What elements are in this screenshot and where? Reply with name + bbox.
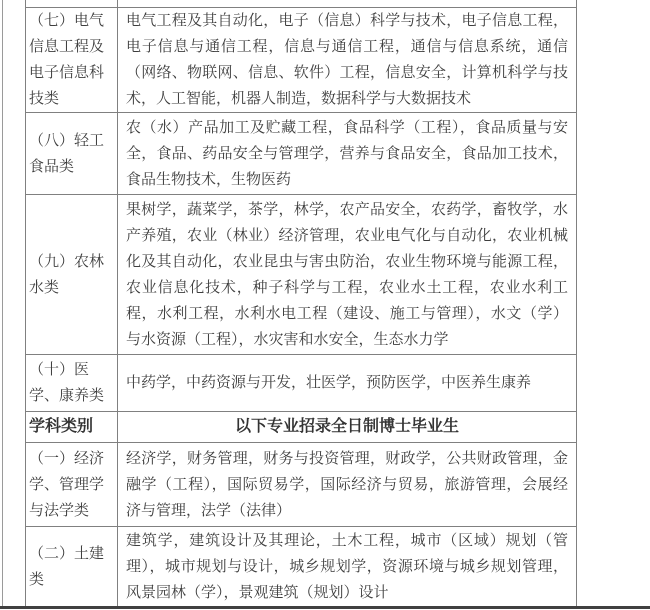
table-row-category-2: （二）土建类 建筑学，建筑设计及其理论，土木工程，城市（区域）规划（管理），城市… xyxy=(26,527,576,607)
majors-cell: 经济学，财务管理，财务与投资管理，财政学，公共财政管理，金融学（工程），国际贸易… xyxy=(118,443,576,526)
majors-cell: 建筑学，建筑设计及其理论，土木工程，城市（区域）规划（管理），城市规划与设计，城… xyxy=(118,527,576,606)
majors-cell: 电气工程及其自动化，电子（信息）科学与技术，电子信息工程，电子信息与通信工程，信… xyxy=(118,8,576,112)
majors-table: （七）电气信息工程及电子信息科技类 电气工程及其自动化，电子（信息）科学与技术，… xyxy=(25,0,577,607)
majors-list: 建筑学，建筑设计及其理论，土木工程，城市（区域）规划（管理），城市规划与设计，城… xyxy=(126,528,568,606)
category-label: （二）土建类 xyxy=(29,541,115,593)
category-cell: （九）农林水类 xyxy=(26,195,118,354)
category-label: （八）轻工食品类 xyxy=(29,128,115,180)
document-page: （七）电气信息工程及电子信息科技类 电气工程及其自动化，电子（信息）科学与技术，… xyxy=(0,0,650,610)
category-label: （九）农林水类 xyxy=(29,249,115,301)
category-cell xyxy=(26,0,118,7)
table-row-category-1: （一）经济学、管理学与法学类 经济学，财务管理，财务与投资管理，财政学，公共财政… xyxy=(26,443,576,527)
category-cell: （一）经济学、管理学与法学类 xyxy=(26,443,118,526)
table-row-partial-top xyxy=(26,0,576,8)
category-label: （一）经济学、管理学与法学类 xyxy=(29,446,115,524)
majors-list: 农（水）产品加工及贮藏工程，食品科学（工程），食品质量与安全，食品、药品安全与管… xyxy=(126,115,568,193)
table-row-category-9: （九）农林水类 果树学，蔬菜学，茶学，林学，农产品安全，农药学，畜牧学，水产养殖… xyxy=(26,195,576,355)
table-header-row: 学科类别 以下专业招录全日制博士毕业生 xyxy=(26,412,576,443)
table-row-category-10: （十）医学、康养类 中药学，中药资源与开发，壮医学，预防医学，中医养生康养 xyxy=(26,355,576,412)
category-label: （七）电气信息工程及电子信息科技类 xyxy=(29,8,115,112)
majors-cell: 中药学，中药资源与开发，壮医学，预防医学，中医养生康养 xyxy=(118,355,576,411)
header-majors-cell: 以下专业招录全日制博士毕业生 xyxy=(118,412,576,442)
category-cell: （八）轻工食品类 xyxy=(26,113,118,194)
category-cell: （十）医学、康养类 xyxy=(26,355,118,411)
majors-cell xyxy=(118,0,576,7)
header-category-label: 学科类别 xyxy=(29,414,93,440)
header-category-cell: 学科类别 xyxy=(26,412,118,442)
majors-list: 电气工程及其自动化，电子（信息）科学与技术，电子信息工程，电子信息与通信工程，信… xyxy=(126,8,568,112)
category-label: （十）医学、康养类 xyxy=(29,357,115,409)
majors-list: 中药学，中药资源与开发，壮医学，预防医学，中医养生康养 xyxy=(126,370,568,396)
header-majors-label: 以下专业招录全日制博士毕业生 xyxy=(126,414,568,440)
table-row-category-8: （八）轻工食品类 农（水）产品加工及贮藏工程，食品科学（工程），食品质量与安全，… xyxy=(26,113,576,195)
bottom-boundary-line xyxy=(0,606,650,609)
category-cell: （二）土建类 xyxy=(26,527,118,606)
left-column-divider xyxy=(2,0,3,607)
majors-cell: 果树学，蔬菜学，茶学，林学，农产品安全，农药学，畜牧学，水产养殖，农业（林业）经… xyxy=(118,195,576,354)
category-cell: （七）电气信息工程及电子信息科技类 xyxy=(26,8,118,112)
majors-list: 果树学，蔬菜学，茶学，林学，农产品安全，农药学，畜牧学，水产养殖，农业（林业）经… xyxy=(126,197,568,353)
majors-list: 经济学，财务管理，财务与投资管理，财政学，公共财政管理，金融学（工程），国际贸易… xyxy=(126,446,568,524)
majors-cell: 农（水）产品加工及贮藏工程，食品科学（工程），食品质量与安全，食品、药品安全与管… xyxy=(118,113,576,194)
table-row-category-7: （七）电气信息工程及电子信息科技类 电气工程及其自动化，电子（信息）科学与技术，… xyxy=(26,8,576,113)
